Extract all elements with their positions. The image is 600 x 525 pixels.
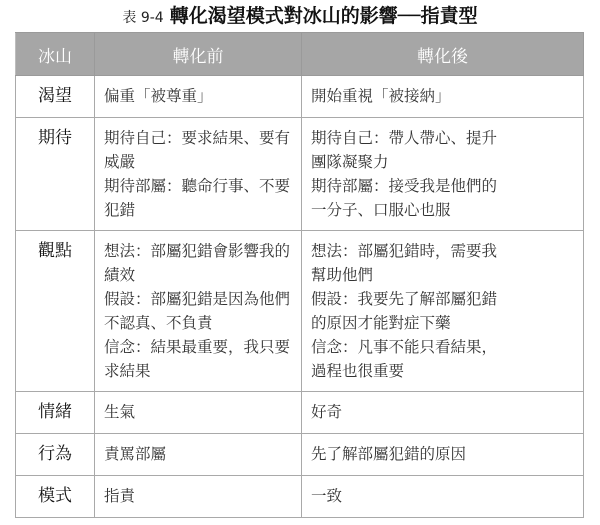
cell-line: 團隊凝聚力 (311, 150, 575, 174)
cell-line: 幫助他們 (311, 263, 575, 287)
cell-after: 先了解部屬犯錯的原因 (302, 434, 584, 476)
row-label: 渴望 (16, 76, 95, 118)
cell-line: 生氣 (104, 400, 293, 424)
cell-line: 一致 (311, 484, 575, 508)
cell-line: 期待自己：要求結果、要有 (104, 126, 293, 150)
cell-after: 開始重視「被接納」 (302, 76, 584, 118)
cell-line: 求結果 (104, 359, 293, 383)
table-row-feeling: 情緒 生氣 好奇 (16, 392, 584, 434)
table-number: 表 9-4 (122, 10, 163, 26)
cell-before: 想法：部屬犯錯會影響我的 績效 假設：部屬犯錯是因為他們 不認真、不負責 信念：… (95, 231, 302, 392)
cell-line: 假設：部屬犯錯是因為他們 (104, 287, 293, 311)
cell-before: 指責 (95, 476, 302, 518)
cell-line: 信念：凡事不能只看結果， (311, 335, 575, 359)
cell-line: 信念：結果最重要，我只要 (104, 335, 293, 359)
cell-line: 一分子、口服心也服 (311, 198, 575, 222)
cell-line: 假設：我要先了解部屬犯錯 (311, 287, 575, 311)
cell-before: 生氣 (95, 392, 302, 434)
cell-line: 偏重「被尊重」 (104, 84, 293, 108)
cell-line: 期待部屬：接受我是他們的 (311, 174, 575, 198)
cell-line: 威嚴 (104, 150, 293, 174)
table-row-coping-pattern: 模式 指責 一致 (16, 476, 584, 518)
row-label: 期待 (16, 118, 95, 231)
cell-line: 期待部屬：聽命行事、不要 (104, 174, 293, 198)
cell-line: 好奇 (311, 400, 575, 424)
cell-line: 先了解部屬犯錯的原因 (311, 442, 575, 466)
cell-line: 期待自己：帶人帶心、提升 (311, 126, 575, 150)
cell-line: 績效 (104, 263, 293, 287)
cell-line: 犯錯 (104, 198, 293, 222)
table-row-expectation: 期待 期待自己：要求結果、要有 威嚴 期待部屬：聽命行事、不要 犯錯 期待自己：… (16, 118, 584, 231)
cell-after: 一致 (302, 476, 584, 518)
row-label: 行為 (16, 434, 95, 476)
cell-after: 期待自己：帶人帶心、提升 團隊凝聚力 期待部屬：接受我是他們的 一分子、口服心也… (302, 118, 584, 231)
cell-after: 好奇 (302, 392, 584, 434)
cell-line: 的原因才能對症下藥 (311, 311, 575, 335)
table-title: 轉化渴望模式對冰山的影響──指責型 (170, 5, 478, 27)
cell-line: 想法：部屬犯錯時，需要我 (311, 239, 575, 263)
cell-line: 想法：部屬犯錯會影響我的 (104, 239, 293, 263)
table-row-perception: 觀點 想法：部屬犯錯會影響我的 績效 假設：部屬犯錯是因為他們 不認真、不負責 … (16, 231, 584, 392)
cell-line: 開始重視「被接納」 (311, 84, 575, 108)
cell-line: 過程也很重要 (311, 359, 575, 383)
cell-line: 指責 (104, 484, 293, 508)
header-iceberg: 冰山 (16, 33, 95, 76)
iceberg-transformation-table: 冰山 轉化前 轉化後 渴望 偏重「被尊重」 開始重視「被接納」 期待 期待自己：… (15, 32, 584, 518)
header-after: 轉化後 (302, 33, 584, 76)
row-label: 情緒 (16, 392, 95, 434)
cell-line: 不認真、不負責 (104, 311, 293, 335)
cell-line: 責罵部屬 (104, 442, 293, 466)
cell-after: 想法：部屬犯錯時，需要我 幫助他們 假設：我要先了解部屬犯錯 的原因才能對症下藥… (302, 231, 584, 392)
cell-before: 責罵部屬 (95, 434, 302, 476)
row-label: 觀點 (16, 231, 95, 392)
table-caption: 表 9-4轉化渴望模式對冰山的影響──指責型 (0, 2, 600, 30)
row-label: 模式 (16, 476, 95, 518)
table-row-behavior: 行為 責罵部屬 先了解部屬犯錯的原因 (16, 434, 584, 476)
header-before: 轉化前 (95, 33, 302, 76)
cell-before: 偏重「被尊重」 (95, 76, 302, 118)
table-row-yearning: 渴望 偏重「被尊重」 開始重視「被接納」 (16, 76, 584, 118)
header-row: 冰山 轉化前 轉化後 (16, 33, 584, 76)
cell-before: 期待自己：要求結果、要有 威嚴 期待部屬：聽命行事、不要 犯錯 (95, 118, 302, 231)
